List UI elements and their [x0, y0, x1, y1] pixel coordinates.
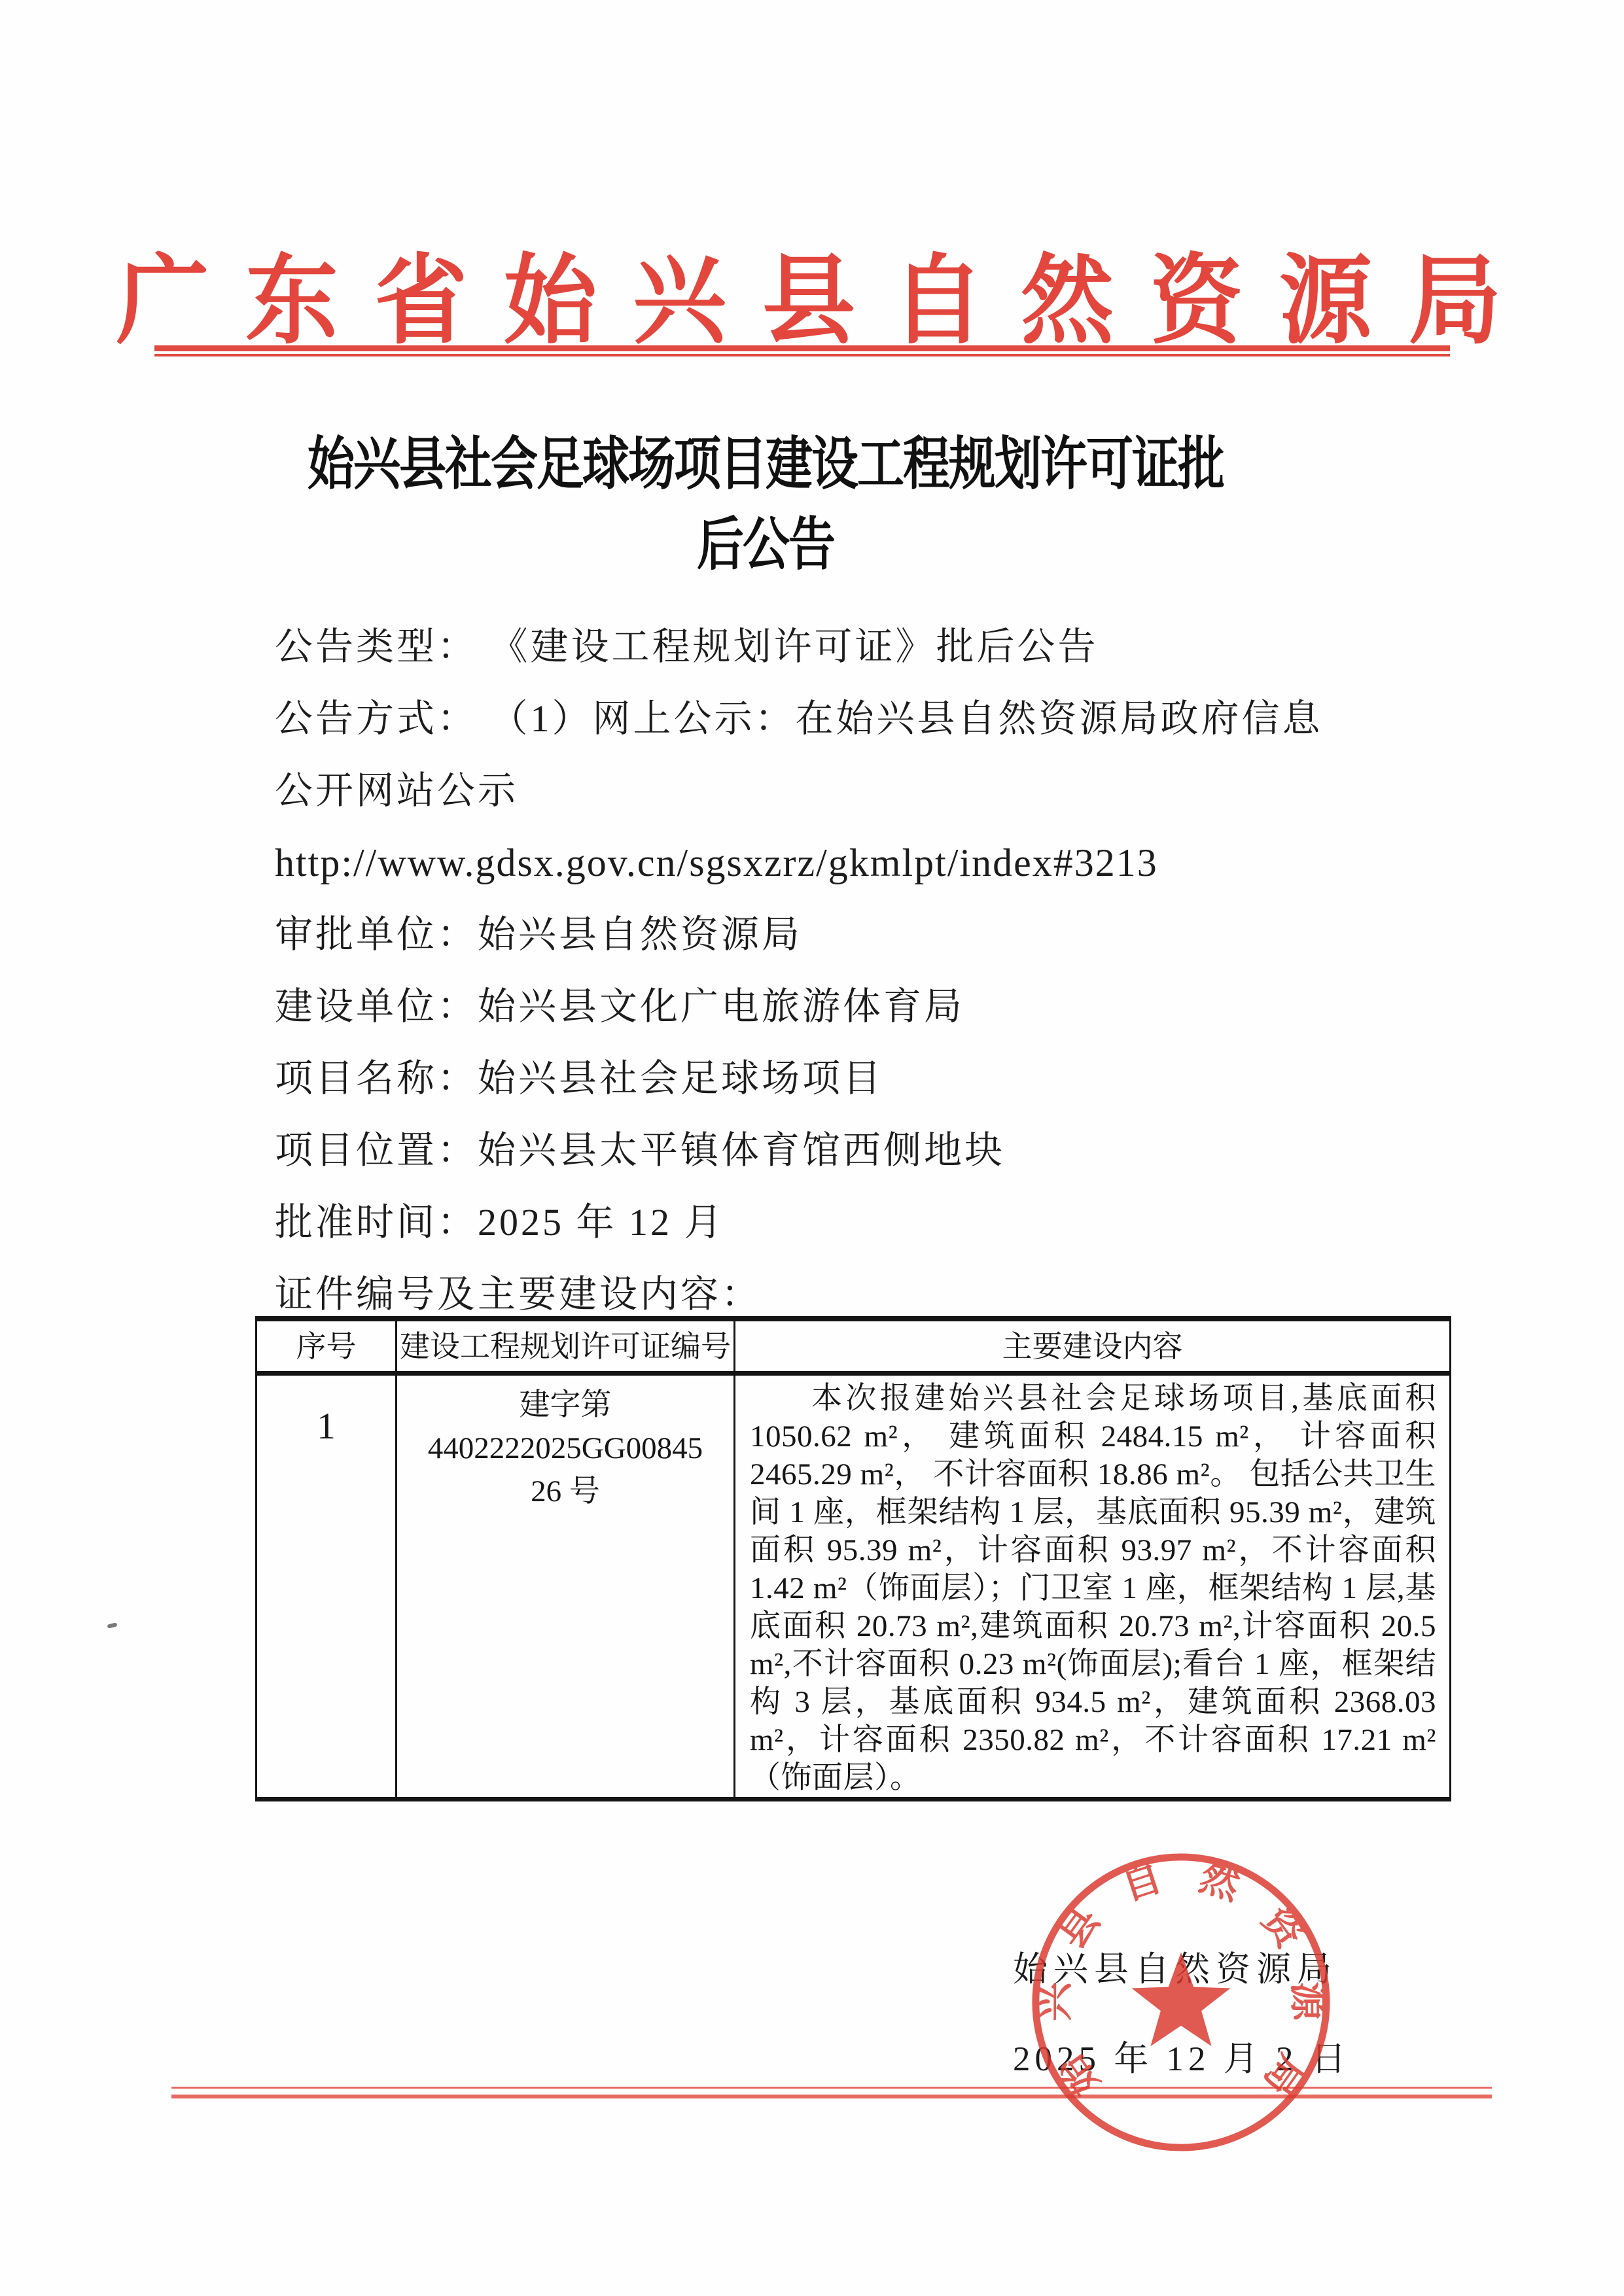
header-cell-permit-no: 建设工程规划许可证编号 [397, 1319, 735, 1374]
cell-main-content: 本次报建始兴县社会足球场项目,基底面积 1050.62 m²， 建筑面积 248… [735, 1374, 1451, 1800]
masthead-agency-title: 广 东 省 始 兴 县 自 然 资 源 局 [0, 222, 1624, 362]
masthead-rule-thin [154, 354, 1450, 357]
main-construction-content: 本次报建始兴县社会足球场项目,基底面积 1050.62 m²， 建筑面积 248… [750, 1380, 1436, 1797]
header-cell-content: 主要建设内容 [735, 1319, 1451, 1374]
masthead-rule-thick [154, 345, 1450, 351]
body-line-project-name: 项目名称：始兴县社会足球场项目 [275, 1043, 1374, 1115]
cell-permit-no: 建字第4402222025GG0084526 号 [397, 1374, 735, 1800]
body-line-announcement-method: 公告方式： （1）网上公示：在始兴县自然资源局政府信息 [275, 683, 1374, 755]
official-seal: 始兴县自然资源局 [1029, 1850, 1333, 2155]
signature-date: 2025 年 12 月 2 日 [1013, 2031, 1350, 2081]
body-line-announcement-type: 公告类型： 《建设工程规划许可证》批后公告 [275, 611, 1374, 683]
body-line-construction-unit: 建设单位：始兴县文化广电旅游体育局 [275, 971, 1374, 1043]
body-line-announcement-method-cont: 公开网站公示 [275, 755, 1374, 827]
permit-table: 序号 建设工程规划许可证编号 主要建设内容 1 建字第4402222025GG0… [255, 1316, 1451, 1801]
body-line-publicity-url: http://www.gdsx.gov.cn/sgsxzrz/gkmlpt/in… [275, 827, 1374, 899]
announcement-title: 始兴县社会足球场项目建设工程规划许可证批 后公告 [190, 416, 1341, 577]
footer-rule-thick [171, 2095, 1492, 2098]
signature-agency: 始兴县自然资源局 [1013, 1941, 1337, 1991]
body-line-approval-authority: 审批单位：始兴县自然资源局 [275, 899, 1374, 971]
permit-table-row: 1 建字第4402222025GG0084526 号 本次报建始兴县社会足球场项… [256, 1374, 1451, 1800]
scan-speck-artifact [107, 1622, 117, 1628]
cell-seq: 1 [256, 1374, 397, 1800]
header-cell-seq: 序号 [256, 1319, 397, 1374]
document-page: 广 东 省 始 兴 县 自 然 资 源 局 始兴县社会足球场项目建设工程规划许可… [0, 0, 1624, 2296]
announcement-body: 公告类型： 《建设工程规划许可证》批后公告 公告方式： （1）网上公示：在始兴县… [275, 611, 1374, 1331]
seal-ring-circle [1036, 1857, 1326, 2148]
body-line-approval-date: 批准时间：2025 年 12 月 [275, 1187, 1374, 1259]
footer-rule-thin [171, 2087, 1492, 2089]
body-line-project-location: 项目位置：始兴县太平镇体育馆西侧地块 [275, 1115, 1374, 1187]
permit-table-header-row: 序号 建设工程规划许可证编号 主要建设内容 [256, 1319, 1451, 1374]
announcement-title-line2: 后公告 [190, 496, 1341, 595]
